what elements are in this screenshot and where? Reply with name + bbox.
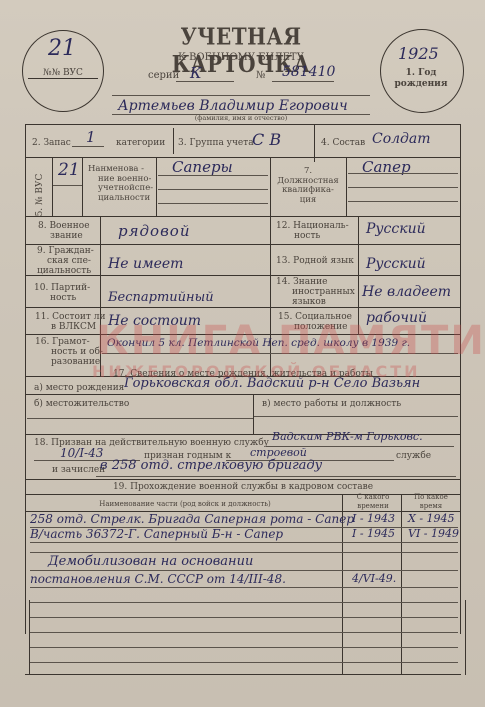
qualification-line-2 bbox=[348, 187, 458, 188]
civil-specialty-label: 9. Граждан- ская спе- циальность bbox=[33, 246, 94, 276]
qualification-line-3 bbox=[348, 201, 458, 202]
specialty-label: Нанменова - ние военно- учетнойспе- циал… bbox=[88, 165, 153, 203]
specialty-label-divider bbox=[82, 157, 83, 217]
residence-label: б) местожительство bbox=[34, 399, 129, 409]
nationality-label: 12. Националь- ность bbox=[276, 221, 349, 241]
number-value: 581410 bbox=[282, 64, 335, 80]
service-line-7 bbox=[30, 617, 458, 618]
rank-label-line: 8. Военное bbox=[38, 221, 90, 231]
civil-specialty-label-line: 9. Граждан- bbox=[33, 246, 94, 256]
party-value: Беспартийный bbox=[108, 290, 214, 305]
service-line-3 bbox=[30, 552, 458, 553]
row9-bottom bbox=[25, 275, 461, 276]
series-label: серии bbox=[148, 70, 179, 81]
service-row-5-from: 4/VI-49. bbox=[352, 572, 396, 585]
qualification-line-1 bbox=[348, 173, 458, 174]
work-line bbox=[254, 416, 458, 417]
frame-left-lower bbox=[29, 600, 30, 675]
civil-specialty-label-line: ская спе- bbox=[33, 256, 94, 266]
composition-value: Солдат bbox=[372, 131, 431, 147]
composition-label: 4. Состав bbox=[321, 138, 365, 148]
specialty-label-line: циальности bbox=[88, 194, 153, 204]
conscription-by-value: Вадским РВК-м Горьковс. bbox=[272, 430, 423, 443]
specialty-line-1 bbox=[158, 175, 268, 176]
full-name-value: Артемьев Владимир Егорович bbox=[118, 98, 348, 114]
komsomol-label-line: в ВЛКСМ bbox=[35, 322, 105, 332]
service-line-5 bbox=[30, 587, 458, 588]
enrolled-line bbox=[96, 476, 456, 477]
civil-specialty-value: Не имеет bbox=[108, 256, 183, 272]
enrolled-label: и зачислен bbox=[52, 465, 105, 475]
service-line-4 bbox=[30, 570, 458, 571]
service-row-1-unit: 258 отд. Стрелк. Бригада Саперная рота -… bbox=[30, 512, 354, 526]
education-label-line: ность и об- bbox=[35, 347, 103, 357]
vus-value: 21 bbox=[58, 160, 80, 180]
service-line-6 bbox=[30, 602, 458, 603]
service-row-4-unit: Демобилизован на основании bbox=[48, 554, 253, 569]
reserve-label: 2. Запас bbox=[32, 138, 71, 148]
service-col-from-header: С какого времени bbox=[348, 493, 398, 511]
row10-bottom bbox=[25, 307, 461, 308]
languages-label-line: 14. Знание bbox=[276, 277, 355, 287]
party-label-line: ность bbox=[34, 293, 90, 303]
vus-circle-value: 21 bbox=[48, 36, 76, 61]
frame-right-lower bbox=[465, 600, 466, 675]
languages-label: 14. Знание иностранных языков bbox=[276, 277, 355, 307]
service-line-8 bbox=[30, 632, 458, 633]
birth-year-label-line1: 1. Год bbox=[386, 68, 456, 79]
languages-label-line: иностранных bbox=[276, 287, 355, 297]
service-row-1-from: I - 1943 bbox=[352, 512, 395, 525]
qualification-label-line: 7. Должностная bbox=[272, 167, 344, 186]
party-label: 10. Партий- ность bbox=[34, 283, 90, 303]
frame-right bbox=[460, 124, 461, 634]
vus-divider bbox=[52, 157, 53, 217]
birth-year-value: 1925 bbox=[398, 44, 439, 63]
birth-year-label-line2: рождения bbox=[386, 79, 456, 90]
specialty-line-3 bbox=[158, 203, 268, 204]
enrolled-value: в 258 отд. стрелковую бригаду bbox=[100, 458, 322, 473]
nationality-label-line: ность bbox=[276, 231, 349, 241]
section19-title: 19. Прохождение военной службы в кадрово… bbox=[25, 482, 461, 492]
reserve-value: 1 bbox=[86, 128, 96, 146]
residence-work-divider bbox=[253, 394, 254, 434]
residence-line bbox=[27, 418, 253, 419]
service-row-5-unit: постановления С.М. СССР от 14/III-48. bbox=[30, 572, 286, 586]
number-underline bbox=[272, 81, 334, 82]
specialty-line-2 bbox=[158, 189, 268, 190]
row1-divider-1 bbox=[173, 128, 174, 154]
rank-value: рядовой bbox=[118, 222, 191, 240]
birthplace-label: а) место рождения bbox=[34, 383, 124, 393]
nationality-value: Русский bbox=[366, 221, 426, 237]
conscription-date-value: 10/I-43 bbox=[60, 446, 103, 460]
native-language-value: Русский bbox=[366, 256, 426, 272]
native-language-label: 13. Родной язык bbox=[276, 256, 354, 266]
frame-left bbox=[25, 124, 26, 634]
category-label: категории bbox=[116, 138, 165, 148]
service-row-1-to: X - 1945 bbox=[408, 512, 455, 525]
row2-bottom bbox=[25, 216, 461, 217]
frame-top bbox=[25, 124, 461, 125]
work-label: в) место работы и должность bbox=[262, 399, 401, 409]
service-line-10 bbox=[30, 662, 458, 663]
watermark-line2: НИЖЕГОРОДСКОЙ ОБЛАСТИ bbox=[92, 362, 421, 381]
section18-bottom bbox=[25, 479, 461, 480]
komsomol-label-line: 11. Состоит ли bbox=[35, 312, 105, 322]
reserve-underline bbox=[72, 146, 104, 147]
card-subtitle: К ВОЕННОМУ БИЛЕТУ bbox=[130, 52, 352, 63]
languages-value: Не владеет bbox=[362, 284, 451, 300]
service-line-2 bbox=[30, 542, 458, 543]
vus-circle-label-text: №№ ВУС bbox=[43, 68, 83, 78]
rank-label: 8. Военное звание bbox=[38, 221, 90, 241]
service-line-9 bbox=[30, 647, 458, 648]
series-underline bbox=[176, 81, 234, 82]
service-row-2-unit: В/часть 36372-Г. Саперный Б-н - Сапер bbox=[30, 527, 283, 541]
full-name-caption: (фамилия, имя и отчество) bbox=[112, 114, 370, 122]
specialty-value-divider bbox=[156, 157, 157, 217]
rank-label-line: звание bbox=[38, 231, 90, 241]
group-value: С В bbox=[252, 130, 281, 149]
series-value: К bbox=[190, 64, 202, 82]
service-col-to-header: По какое время bbox=[405, 493, 457, 511]
military-record-card: 21 №№ ВУС УЧЕТНАЯ КАРТОЧКА К ВОЕННОМУ БИ… bbox=[0, 0, 485, 707]
nationality-label-line: 12. Националь- bbox=[276, 221, 349, 231]
specialty-value: Саперы bbox=[172, 158, 233, 176]
vus-underline bbox=[53, 185, 83, 186]
languages-label-line: языков bbox=[276, 297, 355, 307]
birth-year-label: 1. Год рождения bbox=[386, 68, 456, 90]
service-col-unit-header: Наименование части (род войск и должност… bbox=[30, 500, 340, 508]
vus-circle-label: №№ ВУС bbox=[28, 68, 98, 79]
birthplace-bottom bbox=[25, 394, 461, 395]
party-label-line: 10. Партий- bbox=[34, 283, 90, 293]
watermark-line1: КНИГА ПАМЯТИ bbox=[96, 318, 485, 364]
qualification-label-line: ция bbox=[272, 196, 344, 206]
service-row-2-to: VI - 1949 bbox=[408, 527, 459, 540]
qualification-label: 7. Должностная квалифика- ция bbox=[272, 167, 344, 205]
komsomol-label: 11. Состоит ли в ВЛКСМ bbox=[35, 312, 105, 332]
education-label-line: 16. Грамот- bbox=[35, 337, 103, 347]
number-label: № bbox=[256, 70, 265, 81]
group-label: 3. Группа учета bbox=[178, 138, 254, 148]
service-row-2-from: I - 1945 bbox=[352, 527, 395, 540]
name-top-line bbox=[112, 95, 370, 96]
frame-bottom bbox=[25, 674, 461, 675]
service-suffix: службе bbox=[396, 451, 431, 461]
